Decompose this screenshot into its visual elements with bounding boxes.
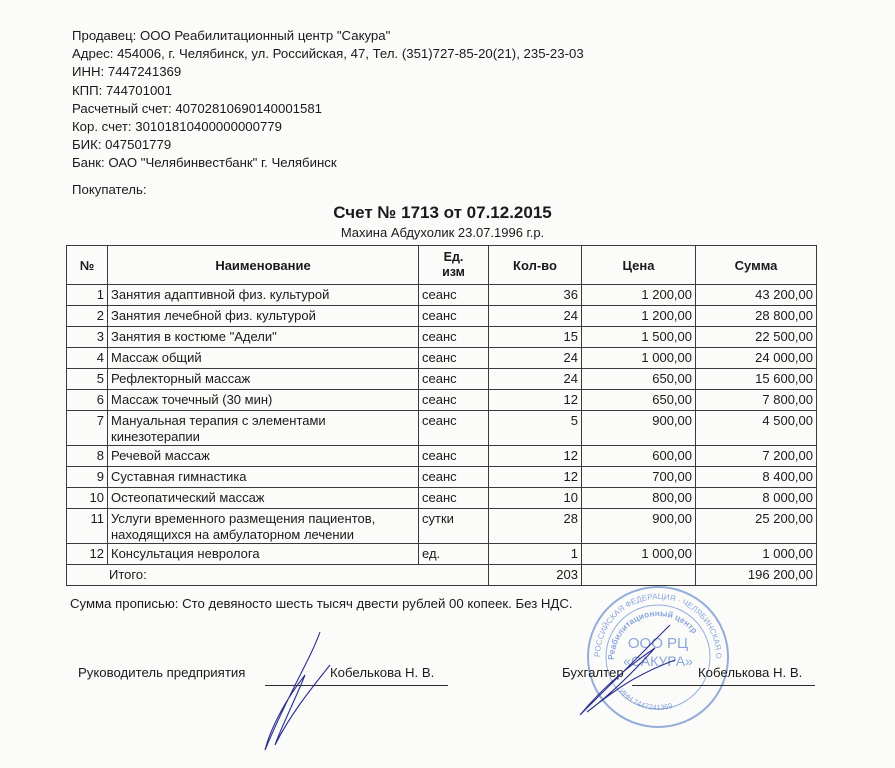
cell-unit: сеанс [419, 411, 489, 446]
cell-unit: сеанс [419, 327, 489, 348]
cell-unit: сеанс [419, 488, 489, 509]
director-signature-line [265, 685, 448, 686]
table-header-row: № Наименование Ед.изм Кол-во Цена Сумма [67, 246, 817, 285]
cell-qty: 12 [489, 390, 582, 411]
cell-sum: 22 500,00 [696, 327, 817, 348]
cell-qty: 15 [489, 327, 582, 348]
svg-text:ИНН 7447241369: ИНН 7447241369 [617, 686, 673, 712]
cell-no: 4 [67, 348, 108, 369]
cell-unit: сеанс [419, 446, 489, 467]
cell-qty: 12 [489, 446, 582, 467]
cell-qty: 12 [489, 467, 582, 488]
cell-sum: 7 800,00 [696, 390, 817, 411]
cell-unit: сеанс [419, 348, 489, 369]
cell-price: 900,00 [582, 411, 696, 446]
total-qty: 203 [489, 565, 582, 586]
cell-name: Рефлекторный массаж [108, 369, 419, 390]
accountant-name: Кобелькова Н. В. [698, 665, 802, 680]
cell-sum: 4 500,00 [696, 411, 817, 446]
cell-unit: сеанс [419, 467, 489, 488]
cell-price: 1 200,00 [582, 285, 696, 306]
cell-no: 1 [67, 285, 108, 306]
table-row: 6Массаж точечный (30 мин)сеанс12650,007 … [67, 390, 817, 411]
table-row: 10Остеопатический массажсеанс10800,008 0… [67, 488, 817, 509]
cell-price: 1 000,00 [582, 348, 696, 369]
cell-price: 600,00 [582, 446, 696, 467]
cell-name: Остеопатический массаж [108, 488, 419, 509]
svg-text:ООО РЦ: ООО РЦ [628, 635, 688, 652]
cell-name: Услуги временного размещения пациентов, … [108, 509, 419, 544]
cell-price: 900,00 [582, 509, 696, 544]
cell-no: 3 [67, 327, 108, 348]
cell-no: 11 [67, 509, 108, 544]
table-row: 11Услуги временного размещения пациентов… [67, 509, 817, 544]
seller-block: Продавец: ООО Реабилитационный центр "Са… [72, 27, 584, 199]
cell-unit: ед. [419, 544, 489, 565]
seller-corr-account: Кор. счет: 30101810400000000779 [72, 118, 584, 136]
cell-price: 650,00 [582, 369, 696, 390]
cell-name: Занятия адаптивной физ. культурой [108, 285, 419, 306]
cell-price: 1 000,00 [582, 544, 696, 565]
seller-kpp: КПП: 744701001 [72, 82, 584, 100]
cell-no: 9 [67, 467, 108, 488]
cell-sum: 7 200,00 [696, 446, 817, 467]
cell-sum: 1 000,00 [696, 544, 817, 565]
cell-unit: сеанс [419, 306, 489, 327]
cell-no: 7 [67, 411, 108, 446]
company-stamp: РОССИЙСКАЯ ФЕДЕРАЦИЯ · ЧЕЛЯБИНСКАЯ ОБЛАС… [582, 582, 734, 732]
table-row: 1Занятия адаптивной физ. культуройсеанс3… [67, 285, 817, 306]
total-label: Итого: [67, 565, 489, 586]
cell-no: 6 [67, 390, 108, 411]
cell-price: 1 200,00 [582, 306, 696, 327]
table-row: 8Речевой массажсеанс12600,007 200,00 [67, 446, 817, 467]
cell-qty: 24 [489, 348, 582, 369]
cell-qty: 10 [489, 488, 582, 509]
seller-bik: БИК: 047501779 [72, 136, 584, 154]
table-row: 7Мануальная терапия с элементами кинезот… [67, 411, 817, 446]
cell-qty: 24 [489, 369, 582, 390]
cell-sum: 25 200,00 [696, 509, 817, 544]
cell-no: 10 [67, 488, 108, 509]
cell-qty: 36 [489, 285, 582, 306]
cell-unit: сеанс [419, 285, 489, 306]
cell-name: Массаж точечный (30 мин) [108, 390, 419, 411]
director-label: Руководитель предприятия [78, 665, 245, 680]
cell-qty: 5 [489, 411, 582, 446]
cell-no: 8 [67, 446, 108, 467]
header-sum: Сумма [696, 246, 817, 285]
header-name: Наименование [108, 246, 419, 285]
cell-name: Речевой массаж [108, 446, 419, 467]
amount-in-words: Сумма прописью: Сто девяносто шесть тыся… [70, 596, 573, 611]
director-name: Кобелькова Н. В. [330, 665, 434, 680]
cell-name: Массаж общий [108, 348, 419, 369]
accountant-signature-line [632, 685, 815, 686]
header-unit: Ед.изм [419, 246, 489, 285]
accountant-label: Бухгалтер [562, 665, 624, 680]
cell-unit: сеанс [419, 390, 489, 411]
cell-no: 12 [67, 544, 108, 565]
header-no: № [67, 246, 108, 285]
cell-unit: сеанс [419, 369, 489, 390]
seller-inn: ИНН: 7447241369 [72, 63, 584, 81]
cell-unit: сутки [419, 509, 489, 544]
cell-sum: 28 800,00 [696, 306, 817, 327]
seller-account: Расчетный счет: 40702810690140001581 [72, 100, 584, 118]
table-row: 12Консультация неврологаед.11 000,001 00… [67, 544, 817, 565]
cell-sum: 8 400,00 [696, 467, 817, 488]
table-row: 9Суставная гимнастикасеанс12700,008 400,… [67, 467, 817, 488]
cell-price: 800,00 [582, 488, 696, 509]
table-row: 4Массаж общийсеанс241 000,0024 000,00 [67, 348, 817, 369]
cell-name: Консультация невролога [108, 544, 419, 565]
cell-name: Мануальная терапия с элементами кинезоте… [108, 411, 419, 446]
cell-sum: 43 200,00 [696, 285, 817, 306]
header-price: Цена [582, 246, 696, 285]
buyer-label: Покупатель: [72, 181, 584, 199]
invoice-table: № Наименование Ед.изм Кол-во Цена Сумма … [66, 245, 817, 586]
table-row: 3Занятия в костюме "Адели"сеанс151 500,0… [67, 327, 817, 348]
cell-no: 2 [67, 306, 108, 327]
cell-sum: 8 000,00 [696, 488, 817, 509]
cell-price: 1 500,00 [582, 327, 696, 348]
cell-qty: 28 [489, 509, 582, 544]
cell-name: Суставная гимнастика [108, 467, 419, 488]
cell-name: Занятия в костюме "Адели" [108, 327, 419, 348]
seller-name: Продавец: ООО Реабилитационный центр "Са… [72, 27, 584, 45]
table-row: 2Занятия лечебной физ. культуройсеанс241… [67, 306, 817, 327]
director-signature-icon [250, 630, 340, 755]
seller-bank: Банк: ОАО "Челябинвестбанк" г. Челябинск [72, 154, 584, 172]
cell-no: 5 [67, 369, 108, 390]
invoice-subtitle: Махина Абдухолик 23.07.1996 г.р. [0, 225, 885, 240]
cell-sum: 24 000,00 [696, 348, 817, 369]
cell-qty: 24 [489, 306, 582, 327]
cell-price: 650,00 [582, 390, 696, 411]
cell-name: Занятия лечебной физ. культурой [108, 306, 419, 327]
cell-qty: 1 [489, 544, 582, 565]
header-qty: Кол-во [489, 246, 582, 285]
cell-sum: 15 600,00 [696, 369, 817, 390]
svg-text:«САКУРА»: «САКУРА» [623, 653, 693, 669]
invoice-title: Счет № 1713 от 07.12.2015 [0, 203, 885, 223]
cell-price: 700,00 [582, 467, 696, 488]
seller-address: Адрес: 454006, г. Челябинск, ул. Российс… [72, 45, 584, 63]
table-row: 5Рефлекторный массажсеанс24650,0015 600,… [67, 369, 817, 390]
